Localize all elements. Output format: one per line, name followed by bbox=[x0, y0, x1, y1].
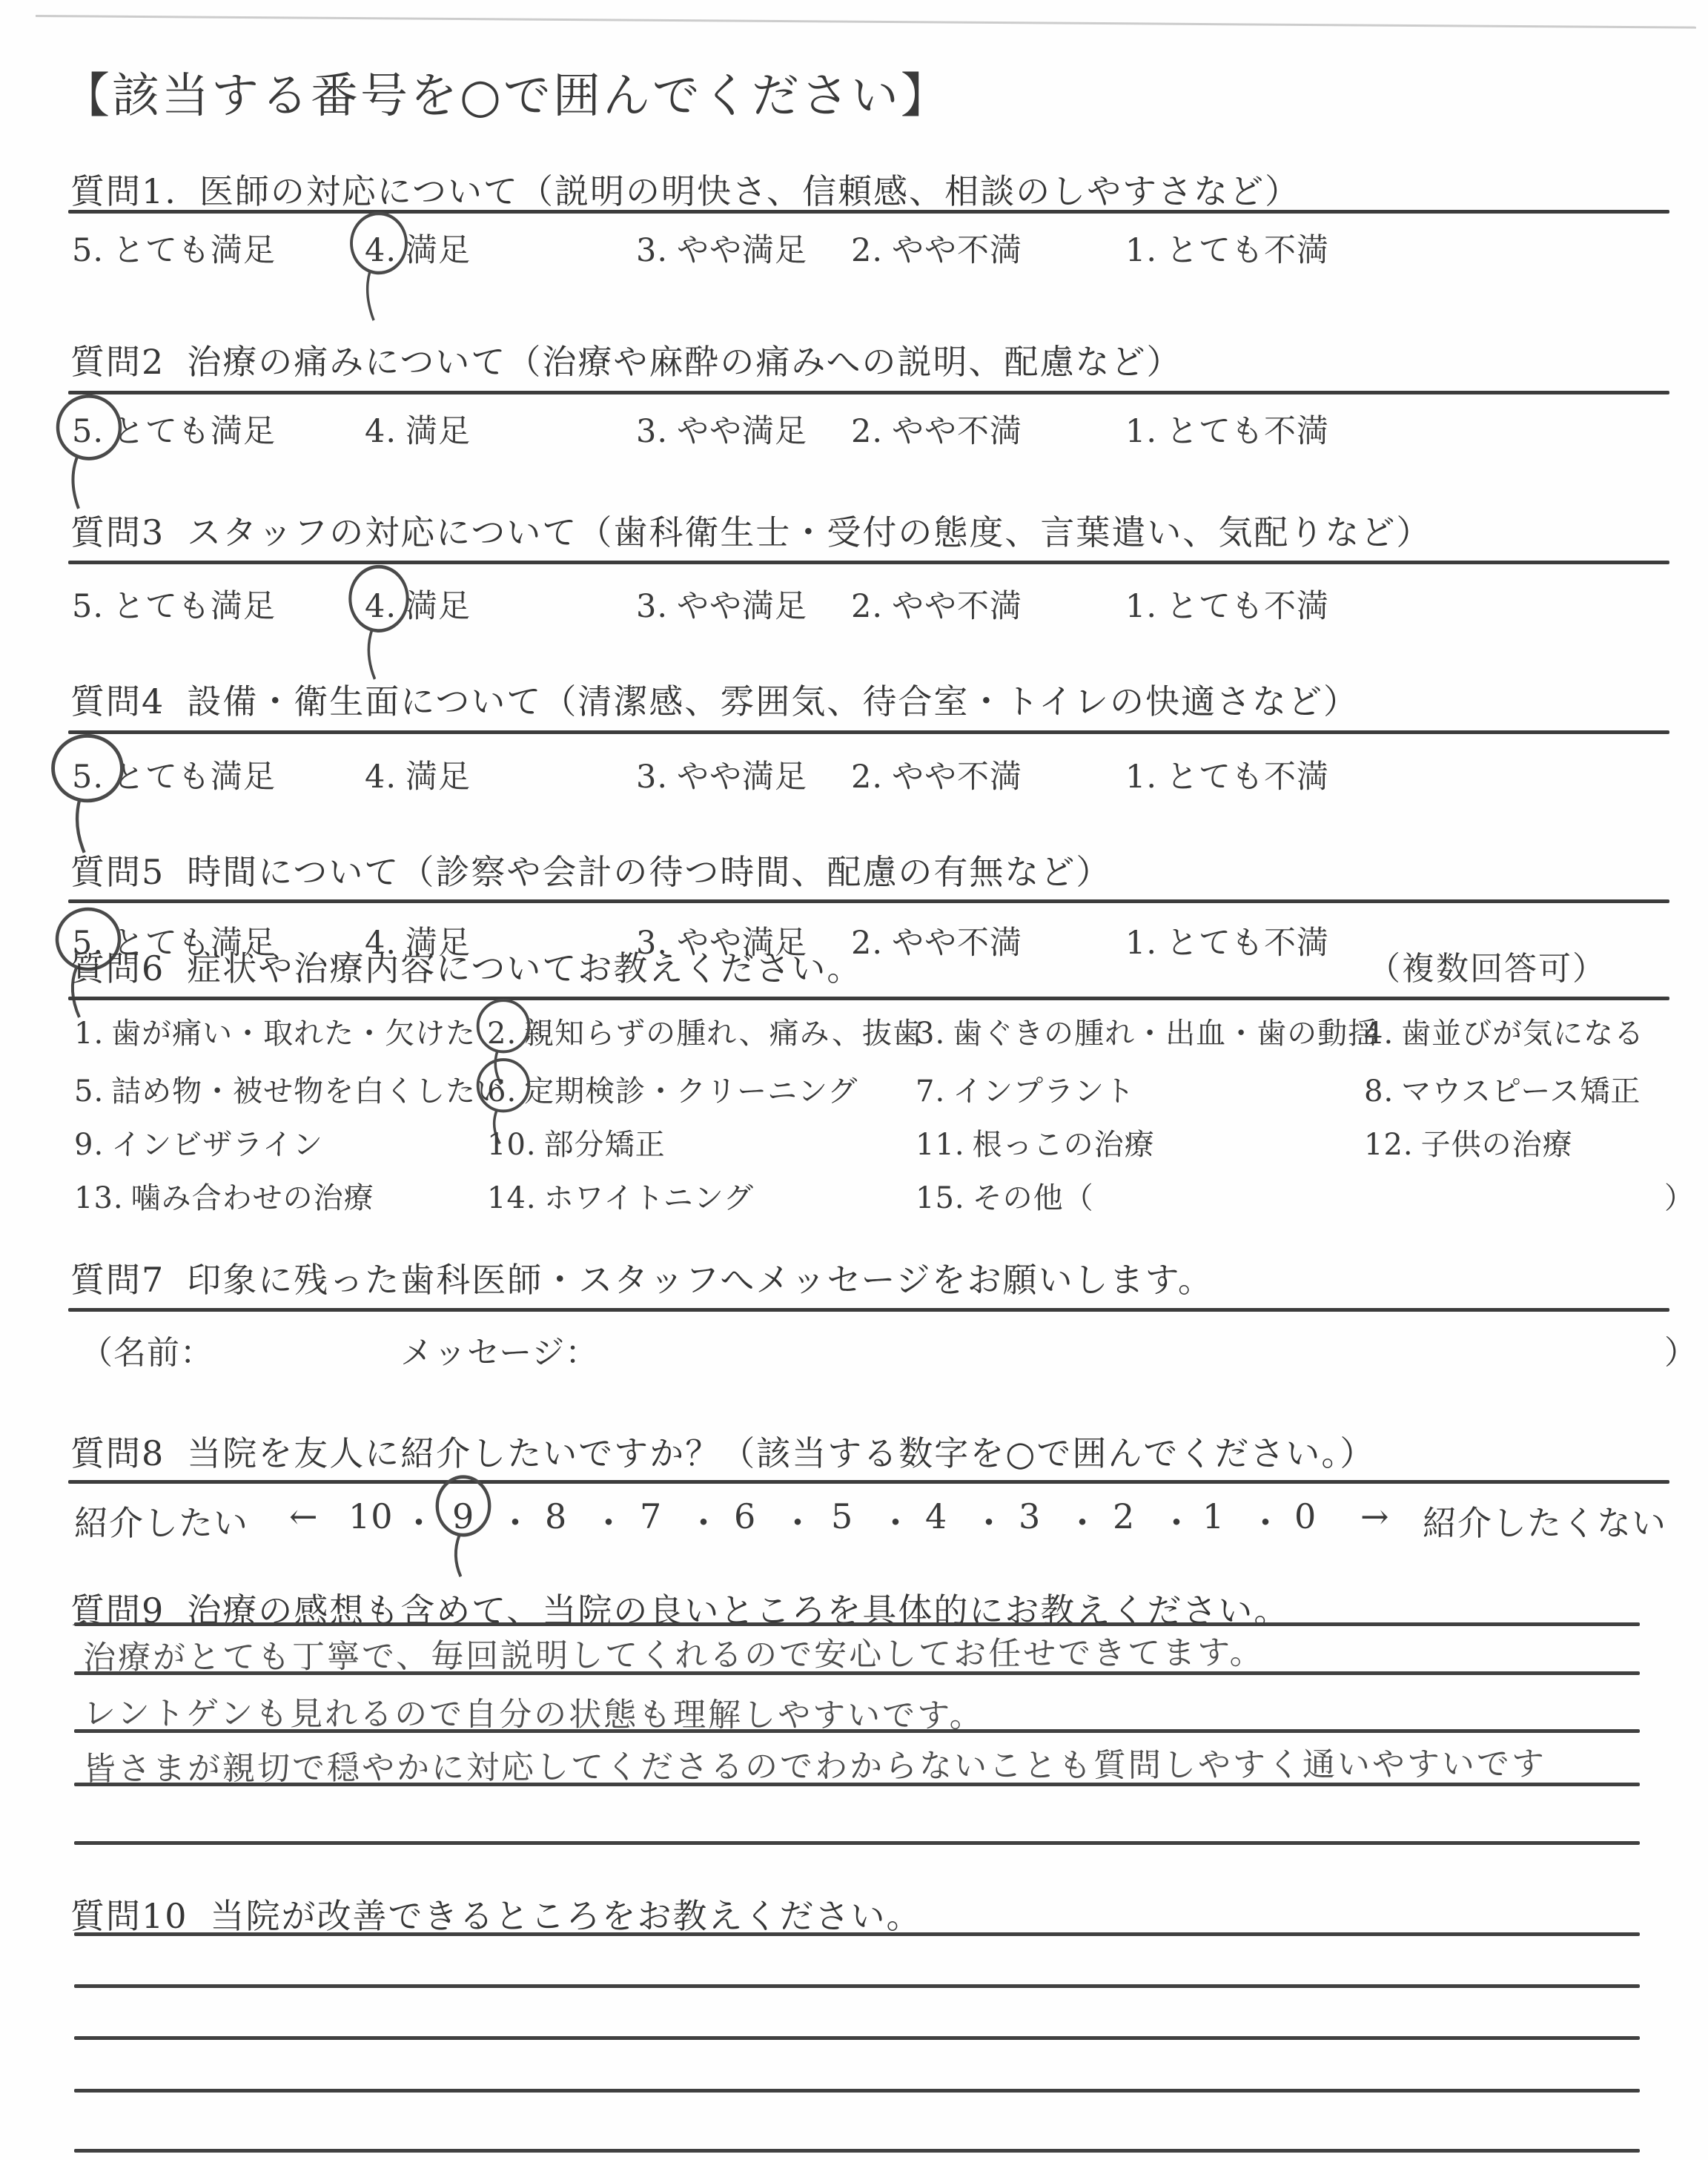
handwritten-answer-line-1: 治療がとても丁寧で、毎回説明してくれるので安心してお任せできてます。 bbox=[83, 1626, 1265, 1679]
option-number: 1. bbox=[1125, 588, 1157, 625]
q6-item-1: 1.歯が痛い・取れた・欠けた bbox=[74, 1010, 476, 1052]
question-3-title: スタッフの対応について（歯科衛生士・受付の態度、言葉遣い、気配りなど） bbox=[187, 512, 1431, 552]
scanned-survey-page: 【該当する番号を○で囲んでください】 質問1.医師の対応について（説明の明快さ、… bbox=[0, 0, 1708, 2160]
option-label: やや満足 bbox=[677, 759, 807, 796]
question-7-header: 質問7印象に残った歯科医師・スタッフへメッセージをお願いします。 bbox=[70, 1253, 1214, 1302]
option-label: とても満足 bbox=[113, 232, 276, 269]
option-label: とても不満 bbox=[1166, 925, 1329, 962]
option-somewhat-satisfied: 3.やや満足 bbox=[636, 752, 807, 797]
scan-artifact-line bbox=[36, 15, 1696, 29]
item-label: 歯並びが気になる bbox=[1401, 1017, 1644, 1051]
option-number: 1. bbox=[1125, 759, 1157, 796]
scale-number-6: 6 bbox=[734, 1496, 756, 1536]
option-label: やや満足 bbox=[677, 413, 807, 450]
answer-rule-line bbox=[74, 1729, 1640, 1733]
nps-scale-row: 紹介したい ← 10 ・ 9 ・ 8 ・ 7 ・ 6 ・ 5 ・ 4 ・ 3 ・… bbox=[70, 1496, 1679, 1548]
question-4-title: 設備・衛生面について（清潔感、雰囲気、待合室・トイレの快適さなど） bbox=[187, 681, 1359, 721]
item-label: その他（ bbox=[973, 1181, 1094, 1215]
question-5-title: 時間について（診察や会計の待つ時間、配慮の有無など） bbox=[187, 852, 1111, 892]
item-number: 4. bbox=[1364, 1017, 1394, 1051]
option-label: 満足 bbox=[406, 232, 471, 269]
option-label: とても満足 bbox=[113, 588, 276, 625]
option-label: やや不満 bbox=[892, 759, 1022, 796]
separator-line bbox=[68, 391, 1669, 394]
item-number: 12. bbox=[1364, 1128, 1414, 1162]
q6-item-13: 13.噛み合わせの治療 bbox=[74, 1175, 374, 1217]
option-label: やや不満 bbox=[892, 588, 1022, 625]
option-satisfied: 4.満足 bbox=[365, 581, 471, 627]
option-label: やや満足 bbox=[677, 232, 807, 269]
question-2-title: 治療の痛みについて（治療や麻酔の痛みへの説明、配慮など） bbox=[187, 342, 1182, 382]
dot-separator: ・ bbox=[781, 1496, 815, 1545]
option-label: とても不満 bbox=[1166, 588, 1329, 625]
option-number: 4. bbox=[365, 413, 397, 450]
option-label: とても不満 bbox=[1166, 232, 1329, 269]
scale-number-9: 9 bbox=[452, 1496, 474, 1536]
question-6-header: 質問6症状や治療内容についてお教えください。 bbox=[70, 942, 862, 991]
option-very-satisfied: 5.とても満足 bbox=[72, 225, 276, 271]
scale-number-10: 10 bbox=[348, 1496, 394, 1536]
question-1-options: 5.とても満足 4.満足 3.やや満足 2.やや不満 1.とても不満 bbox=[70, 225, 1679, 273]
option-label: やや不満 bbox=[892, 925, 1022, 962]
question-3-header: 質問3スタッフの対応について（歯科衛生士・受付の態度、言葉遣い、気配りなど） bbox=[70, 506, 1431, 555]
option-very-dissatisfied: 1.とても不満 bbox=[1125, 225, 1329, 271]
answer-rule-line bbox=[74, 1671, 1640, 1675]
option-number: 5. bbox=[72, 413, 104, 450]
item-number: 8. bbox=[1364, 1074, 1394, 1109]
q6-items-row-4: 13.噛み合わせの治療 14.ホワイトニング 15.その他（ ） bbox=[70, 1175, 1679, 1226]
multiple-answers-note: （複数回答可） bbox=[1368, 942, 1606, 989]
left-arrow-icon: ← bbox=[289, 1496, 319, 1536]
scale-number-1: 1 bbox=[1202, 1496, 1225, 1536]
question-5-header: 質問5時間について（診察や会計の待つ時間、配慮の有無など） bbox=[70, 845, 1111, 894]
q6-item-4: 4.歯並びが気になる bbox=[1364, 1010, 1644, 1052]
option-number: 5. bbox=[72, 759, 104, 796]
option-very-satisfied: 5.とても満足 bbox=[72, 752, 276, 797]
question-4-number: 質問4 bbox=[70, 681, 165, 721]
option-somewhat-dissatisfied: 2.やや不満 bbox=[851, 581, 1022, 627]
question-1-number: 質問1. bbox=[70, 171, 177, 211]
question-10-title: 当院が改善できるところをお教えください。 bbox=[211, 1896, 922, 1936]
answer-rule-line bbox=[74, 1984, 1640, 1988]
scale-number-5: 5 bbox=[831, 1496, 853, 1536]
question-2-header: 質問2治療の痛みについて（治療や麻酔の痛みへの説明、配慮など） bbox=[70, 335, 1182, 384]
option-somewhat-dissatisfied: 2.やや不満 bbox=[851, 918, 1022, 963]
option-number: 3. bbox=[636, 588, 668, 625]
item-label: 歯が痛い・取れた・欠けた bbox=[111, 1017, 476, 1051]
q6-item-10: 10.部分矯正 bbox=[487, 1121, 666, 1163]
scale-number-4: 4 bbox=[925, 1496, 947, 1536]
option-very-dissatisfied: 1.とても不満 bbox=[1125, 406, 1329, 452]
option-satisfied: 4.満足 bbox=[365, 406, 471, 452]
question-5-number: 質問5 bbox=[70, 852, 165, 892]
item-number: 1. bbox=[74, 1017, 104, 1051]
q6-item-14: 14.ホワイトニング bbox=[487, 1175, 754, 1217]
q6-item-3: 3.歯ぐきの腫れ・出血・歯の動揺 bbox=[916, 1010, 1378, 1052]
q6-item-12: 12.子供の治療 bbox=[1364, 1121, 1573, 1163]
option-label: とても満足 bbox=[113, 759, 276, 796]
question-4-options: 5.とても満足 4.満足 3.やや満足 2.やや不満 1.とても不満 bbox=[70, 752, 1679, 799]
question-8-title: 当院を友人に紹介したいですか？（該当する数字を○で囲んでください。） bbox=[187, 1433, 1375, 1473]
separator-line bbox=[68, 210, 1669, 214]
q6-item-15-other: 15.その他（ bbox=[916, 1175, 1094, 1217]
option-very-dissatisfied: 1.とても不満 bbox=[1125, 918, 1329, 963]
question-4-header: 質問4設備・衛生面について（清潔感、雰囲気、待合室・トイレの快適さなど） bbox=[70, 675, 1359, 724]
option-number: 4. bbox=[365, 759, 397, 796]
item-label: 詰め物・被せ物を白くしたい bbox=[111, 1074, 506, 1109]
option-label: 満足 bbox=[406, 588, 471, 625]
dot-separator: ・ bbox=[972, 1496, 1007, 1545]
option-number: 1. bbox=[1125, 925, 1157, 962]
question-1-title: 医師の対応について（説明の明快さ、信頼感、相談のしやすさなど） bbox=[199, 171, 1300, 211]
item-label: 噛み合わせの治療 bbox=[131, 1181, 374, 1215]
option-somewhat-satisfied: 3.やや満足 bbox=[636, 225, 807, 271]
scale-number-2: 2 bbox=[1113, 1496, 1135, 1536]
dot-separator: ・ bbox=[878, 1496, 913, 1545]
question-6-number: 質問6 bbox=[70, 948, 165, 988]
dot-separator: ・ bbox=[686, 1496, 721, 1545]
scale-number-0: 0 bbox=[1294, 1496, 1317, 1536]
option-somewhat-satisfied: 3.やや満足 bbox=[636, 406, 807, 452]
separator-line bbox=[68, 1308, 1669, 1312]
item-number: 11. bbox=[916, 1128, 965, 1162]
option-number: 3. bbox=[636, 232, 668, 269]
scale-number-8: 8 bbox=[545, 1496, 567, 1536]
separator-line bbox=[68, 1480, 1669, 1484]
question-3-number: 質問3 bbox=[70, 512, 165, 552]
scale-number-7: 7 bbox=[640, 1496, 662, 1536]
item-number: 3. bbox=[916, 1017, 945, 1051]
separator-line bbox=[68, 561, 1669, 564]
item-label: ホワイトニング bbox=[544, 1181, 754, 1215]
option-number: 3. bbox=[636, 413, 668, 450]
page-title: 【該当する番号を○で囲んでください】 bbox=[62, 58, 950, 126]
option-satisfied: 4.満足 bbox=[365, 752, 471, 797]
item-label: 根っこの治療 bbox=[973, 1128, 1155, 1162]
option-somewhat-dissatisfied: 2.やや不満 bbox=[851, 752, 1022, 797]
answer-rule-line bbox=[74, 2149, 1640, 2153]
item-label: 子供の治療 bbox=[1421, 1128, 1573, 1162]
separator-line bbox=[68, 730, 1669, 734]
option-number: 1. bbox=[1125, 413, 1157, 450]
option-very-satisfied: 5.とても満足 bbox=[72, 406, 276, 452]
option-label: 満足 bbox=[406, 413, 471, 450]
option-number: 2. bbox=[851, 759, 883, 796]
item-label: 定期検診・クリーニング bbox=[524, 1074, 858, 1109]
item-label: 親知らずの腫れ、痛み、抜歯 bbox=[524, 1017, 923, 1051]
question-7-title: 印象に残った歯科医師・スタッフへメッセージをお願いします。 bbox=[187, 1260, 1214, 1300]
item-number: 9. bbox=[74, 1128, 104, 1162]
item-number: 2. bbox=[487, 1017, 517, 1051]
close-paren: ） bbox=[1664, 1326, 1698, 1373]
item-label: 歯ぐきの腫れ・出血・歯の動揺 bbox=[953, 1017, 1378, 1051]
separator-line bbox=[68, 997, 1669, 1000]
option-label: やや不満 bbox=[892, 413, 1022, 450]
item-number: 10. bbox=[487, 1128, 537, 1162]
item-number: 5. bbox=[74, 1074, 104, 1109]
answer-rule-line bbox=[74, 2089, 1640, 2093]
q6-item-2: 2.親知らずの腫れ、痛み、抜歯 bbox=[487, 1010, 923, 1052]
q6-items-row-3: 9.インビザライン 10.部分矯正 11.根っこの治療 12.子供の治療 bbox=[70, 1121, 1679, 1173]
q6-item-5: 5.詰め物・被せ物を白くしたい bbox=[74, 1068, 506, 1110]
option-very-dissatisfied: 1.とても不満 bbox=[1125, 581, 1329, 627]
answer-rule-line bbox=[74, 2036, 1640, 2040]
option-number: 5. bbox=[72, 588, 104, 625]
question-8-number: 質問8 bbox=[70, 1433, 165, 1473]
option-number: 3. bbox=[636, 759, 668, 796]
item-label: マウスピース矯正 bbox=[1401, 1074, 1641, 1109]
q6-items-row-2: 5.詰め物・被せ物を白くしたい 6.定期検診・クリーニング 7.インプラント 8… bbox=[70, 1068, 1679, 1120]
item-number: 14. bbox=[487, 1181, 537, 1215]
option-somewhat-dissatisfied: 2.やや不満 bbox=[851, 225, 1022, 271]
question-10-header: 質問10当院が改善できるところをお教えください。 bbox=[70, 1889, 922, 1938]
q6-items-row-1: 1.歯が痛い・取れた・欠けた 2.親知らずの腫れ、痛み、抜歯 3.歯ぐきの腫れ・… bbox=[70, 1010, 1679, 1062]
item-number: 13. bbox=[74, 1181, 124, 1215]
question-8-header: 質問8当院を友人に紹介したいですか？（該当する数字を○で囲んでください。） bbox=[70, 1427, 1375, 1476]
dot-separator: ・ bbox=[1065, 1496, 1100, 1545]
question-2-options: 5.とても満足 4.満足 3.やや満足 2.やや不満 1.とても不満 bbox=[70, 406, 1679, 454]
q6-item-6: 6.定期検診・クリーニング bbox=[487, 1068, 858, 1110]
option-number: 2. bbox=[851, 413, 883, 450]
option-number: 4. bbox=[365, 232, 397, 269]
option-somewhat-satisfied: 3.やや満足 bbox=[636, 581, 807, 627]
option-somewhat-dissatisfied: 2.やや不満 bbox=[851, 406, 1022, 452]
answer-rule-line bbox=[74, 1841, 1640, 1845]
handwritten-answer-line-3: 皆さまが親切で穏やかに対応してくださるのでわからないことも質問しやすく通いやすい… bbox=[83, 1737, 1546, 1790]
separator-line bbox=[74, 1622, 1640, 1626]
option-number: 2. bbox=[851, 232, 883, 269]
dot-separator: ・ bbox=[402, 1496, 437, 1545]
question-7-number: 質問7 bbox=[70, 1260, 165, 1300]
option-number: 4. bbox=[365, 588, 397, 625]
option-label: とても不満 bbox=[1166, 413, 1329, 450]
dot-separator: ・ bbox=[498, 1496, 533, 1545]
item-label: 部分矯正 bbox=[544, 1128, 666, 1162]
answer-rule-line bbox=[74, 1783, 1640, 1786]
question-1-header: 質問1.医師の対応について（説明の明快さ、信頼感、相談のしやすさなど） bbox=[70, 165, 1300, 214]
option-satisfied: 4.満足 bbox=[365, 225, 471, 271]
option-label: 満足 bbox=[406, 759, 471, 796]
separator-line bbox=[74, 1932, 1640, 1936]
dot-separator: ・ bbox=[592, 1496, 626, 1545]
right-arrow-icon: → bbox=[1360, 1496, 1390, 1536]
scale-left-label: 紹介したい bbox=[74, 1496, 248, 1545]
option-number: 2. bbox=[851, 588, 883, 625]
question-10-number: 質問10 bbox=[70, 1896, 188, 1936]
item-number: 15. bbox=[916, 1181, 965, 1215]
option-number: 1. bbox=[1125, 232, 1157, 269]
q6-item-9: 9.インビザライン bbox=[74, 1121, 323, 1163]
dot-separator: ・ bbox=[1159, 1496, 1194, 1545]
question-2-number: 質問2 bbox=[70, 342, 165, 382]
other-close-paren: ） bbox=[1664, 1175, 1695, 1217]
q6-item-8: 8.マウスピース矯正 bbox=[1364, 1068, 1641, 1110]
option-label: とても不満 bbox=[1166, 759, 1329, 796]
option-label: やや不満 bbox=[892, 232, 1022, 269]
message-field-label: メッセージ： bbox=[400, 1326, 598, 1373]
item-number: 7. bbox=[916, 1074, 945, 1109]
q7-name-message-row: （名前： メッセージ： ） bbox=[70, 1326, 1679, 1378]
option-very-satisfied: 5.とても満足 bbox=[72, 581, 276, 627]
scale-right-label: 紹介したくない bbox=[1423, 1496, 1666, 1545]
name-field-label: （名前： bbox=[80, 1326, 213, 1373]
scale-number-3: 3 bbox=[1019, 1496, 1041, 1536]
q6-item-7: 7.インプラント bbox=[916, 1068, 1135, 1110]
item-label: インビザライン bbox=[111, 1128, 323, 1162]
option-very-dissatisfied: 1.とても不満 bbox=[1125, 752, 1329, 797]
option-label: とても満足 bbox=[113, 413, 276, 450]
item-number: 6. bbox=[487, 1074, 517, 1109]
item-label: インプラント bbox=[953, 1074, 1135, 1109]
question-3-options: 5.とても満足 4.満足 3.やや満足 2.やや不満 1.とても不満 bbox=[70, 581, 1679, 629]
separator-line bbox=[68, 899, 1669, 903]
question-6-title: 症状や治療内容についてお教えください。 bbox=[187, 948, 862, 988]
dot-separator: ・ bbox=[1248, 1496, 1283, 1545]
option-number: 5. bbox=[72, 232, 104, 269]
option-label: やや満足 bbox=[677, 588, 807, 625]
q6-item-11: 11.根っこの治療 bbox=[916, 1121, 1155, 1163]
